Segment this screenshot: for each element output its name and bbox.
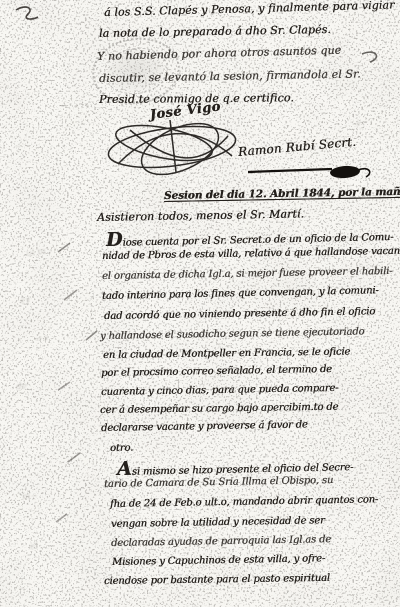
bleed-through-mark: s~ bbox=[356, 117, 369, 128]
secretary-signature: Ramon Rubí Secrt. bbox=[237, 135, 356, 159]
manuscript-line: otro. bbox=[110, 443, 133, 454]
secretary-flourish-icon bbox=[248, 162, 378, 184]
bleed-through-mark: ~ bbox=[14, 142, 22, 153]
manuscript-line: á los S.S. Clapés y Penosa, y finalmente… bbox=[104, 0, 395, 19]
manuscript-line: vengan sobre la utilidad y necesidad de … bbox=[111, 515, 325, 530]
bleed-through-mark: ~s bbox=[35, 333, 49, 345]
manuscript-line: cuarenta y cinco dias, para que pueda co… bbox=[101, 383, 339, 398]
manuscript-line: declararse vacante y proveerse á favor d… bbox=[101, 419, 308, 434]
manuscript-line: cer á desempeñar su cargo bajo apercibim… bbox=[100, 402, 338, 416]
manuscript-line: en la ciudad de Montpeller en Francia, s… bbox=[103, 347, 350, 361]
manuscript-line: declaradas ayudas de parroquia las Igl.a… bbox=[111, 534, 331, 549]
bleed-through-mark: el bbox=[29, 541, 39, 552]
paper-blotch-texture bbox=[0, 0, 400, 607]
bleed-through-mark: ev bbox=[20, 296, 31, 307]
bleed-through-mark: de bbox=[16, 382, 28, 393]
manuscript-line: por el procsimo correo señalado, el term… bbox=[101, 364, 332, 379]
manuscript-line: y hallandose el susodicho segun se tiene… bbox=[100, 326, 365, 342]
manuscript-line: fha de 24 de Feb.o ult.o, mandando abrir… bbox=[110, 494, 378, 510]
manuscript-line: tado interino para los fines que conveng… bbox=[102, 285, 379, 302]
pencil-annotation: ‹ ·~· › ·‹ bbox=[52, 101, 89, 112]
bleed-through-mark: m~ bbox=[22, 491, 39, 502]
bleed-through-mark: ~ bbox=[18, 584, 26, 595]
manuscript-line: Misiones y Capuchinos de esta villa, y o… bbox=[112, 553, 325, 568]
stray-ink-strokes bbox=[0, 0, 400, 607]
paper-speckle-texture bbox=[0, 0, 400, 607]
manuscript-line: el organista de dicha Igl.a, si mejor fu… bbox=[102, 266, 393, 282]
bleed-through-mark: ~ bbox=[37, 452, 46, 463]
attendance-line: Asistieron todos, menos el Sr. Martí. bbox=[97, 207, 304, 224]
bleed-through-mark: ul m bbox=[25, 247, 46, 260]
session-heading: Sesion del dia 12. Abril 1844, por la ma… bbox=[164, 186, 400, 202]
manuscript-line: la nota de lo preparado á dho Sr. Clapés… bbox=[99, 23, 331, 40]
manuscript-page: á los S.S. Clapés y Penosa, y finalmente… bbox=[0, 0, 400, 607]
signature-rubric-icon bbox=[100, 116, 245, 176]
manuscript-line: ciendose por bastante para el pasto espi… bbox=[104, 573, 330, 587]
manuscript-line: dad acordó que no viniendo presente á dh… bbox=[104, 306, 375, 322]
